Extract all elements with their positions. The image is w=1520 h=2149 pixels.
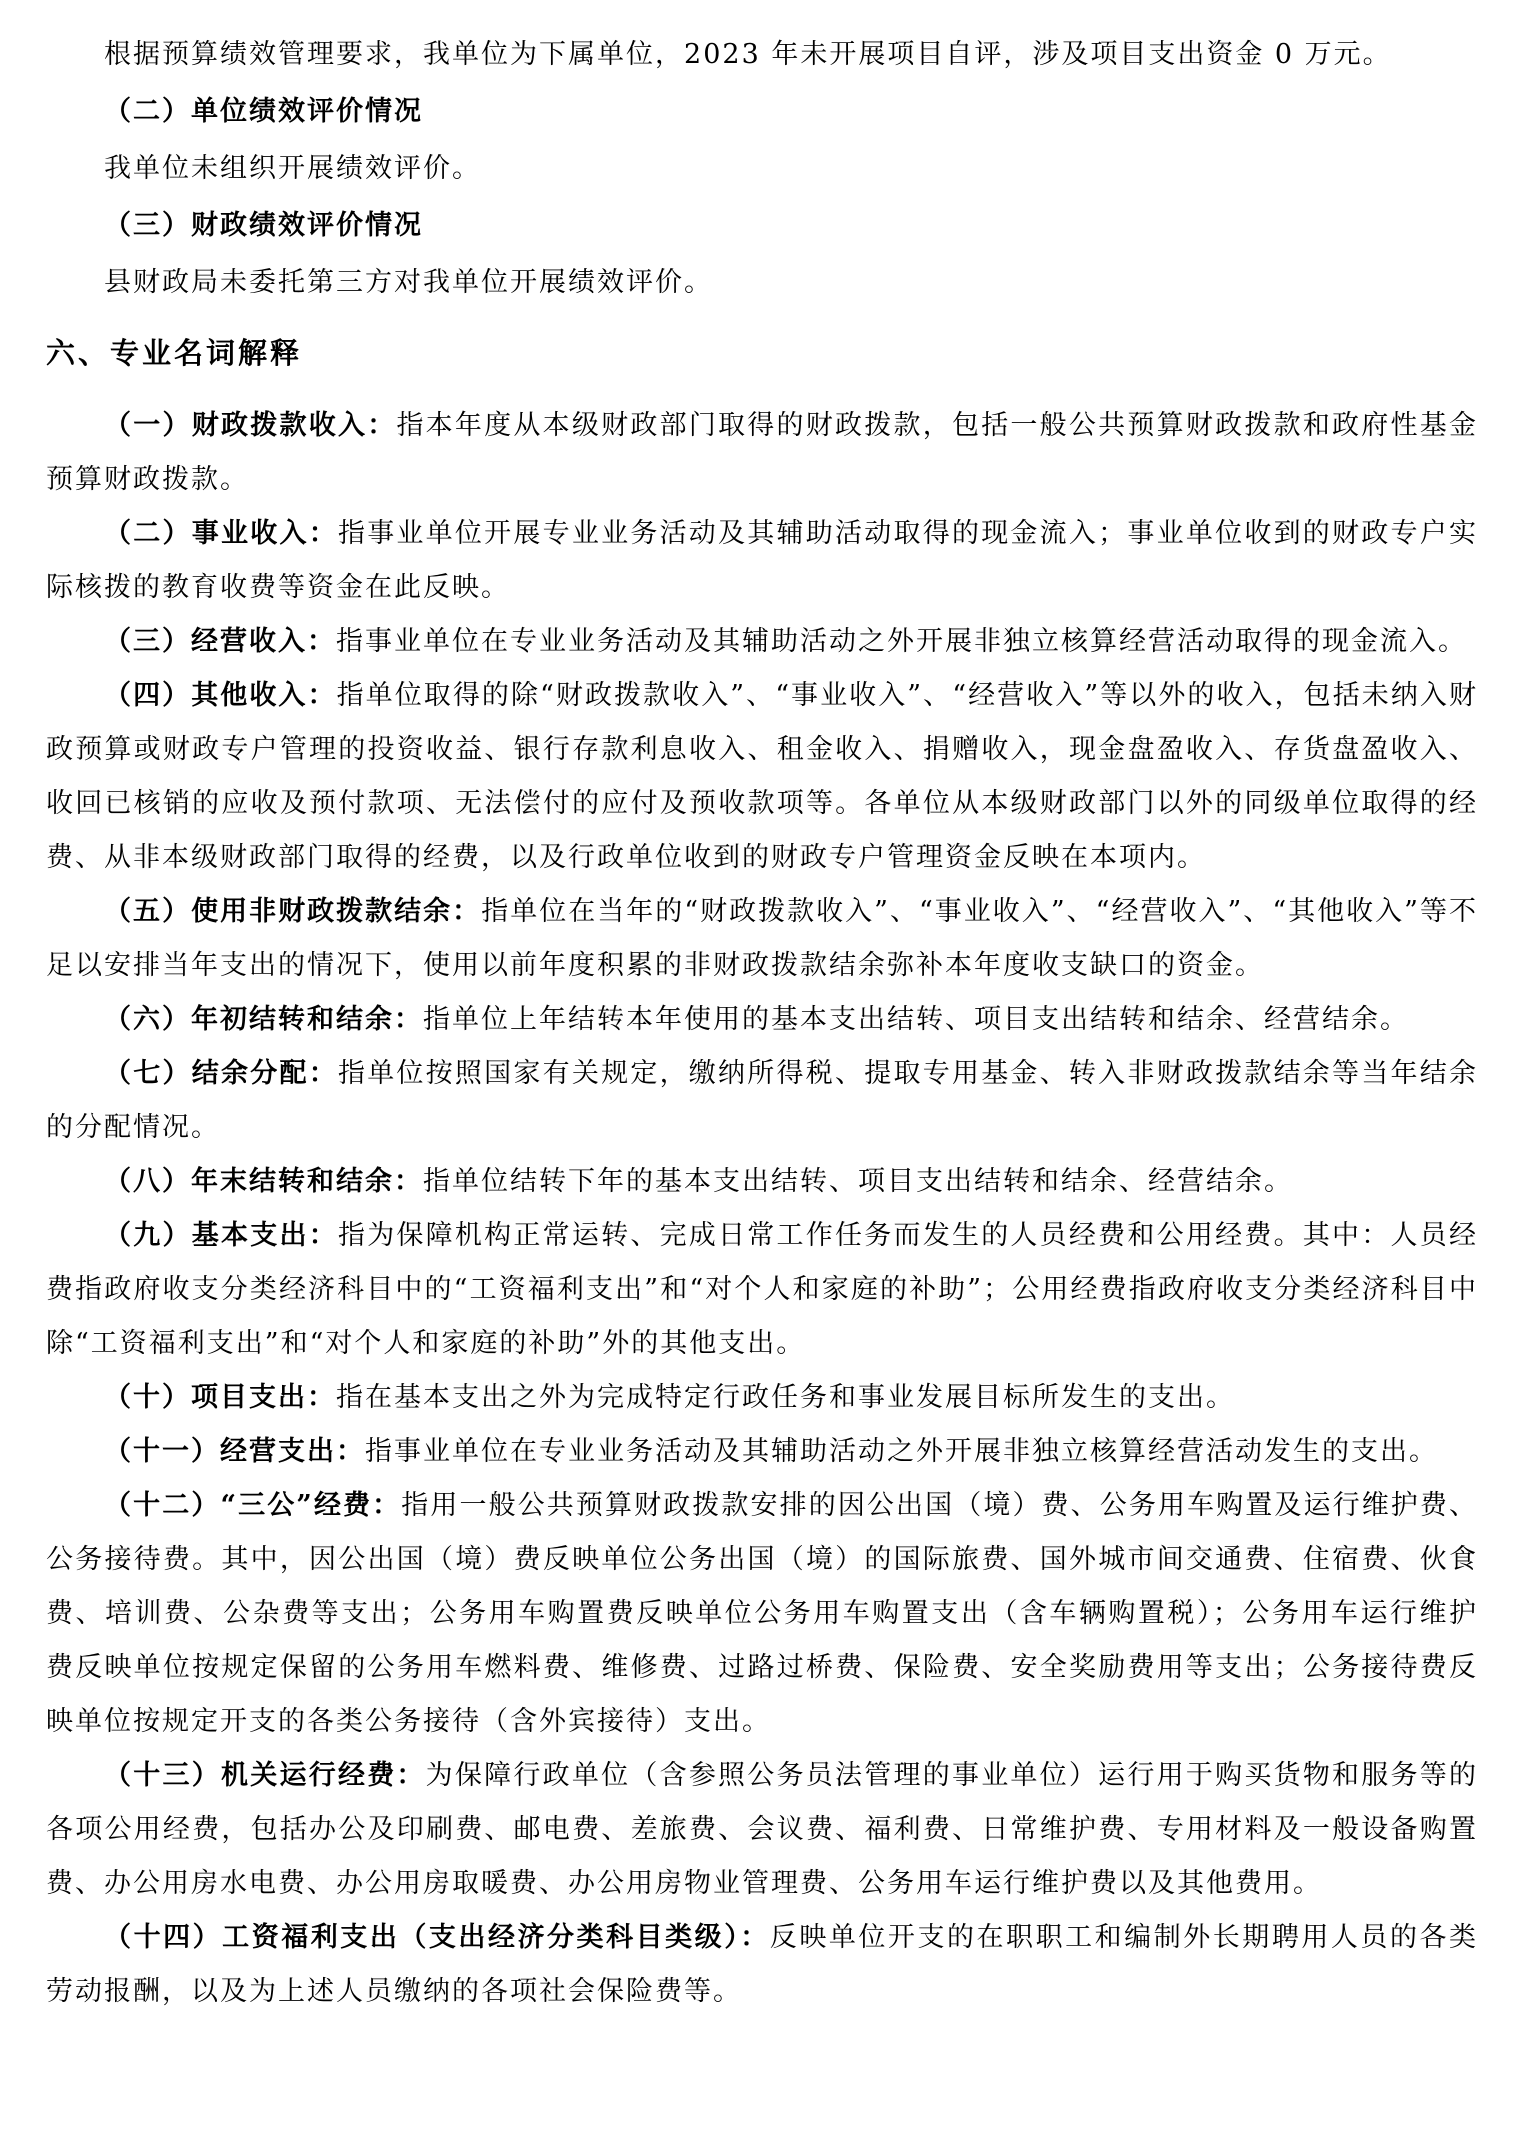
- definition-agency-operating-funds: （十三）机关运行经费：为保障行政单位（含参照公务员法管理的事业单位）运行用于购买…: [46, 1749, 1478, 1911]
- definition-text: 指用一般公共预算财政拨款安排的因公出国（境）费、公务用车购置及运行维护费、公务接…: [46, 1490, 1478, 1737]
- definition-text: 指在基本支出之外为完成特定行政任务和事业发展目标所发生的支出。: [336, 1382, 1235, 1413]
- definition-text: 指事业单位在专业业务活动及其辅助活动之外开展非独立核算经营活动取得的现金流入。: [336, 626, 1467, 657]
- definition-institutional-income: （二）事业收入：指事业单位开展专业业务活动及其辅助活动取得的现金流入；事业单位收…: [46, 507, 1478, 615]
- definition-term: （四）其他收入：: [104, 680, 337, 711]
- definition-text: 指单位结转下年的基本支出结转、项目支出结转和结余、经营结余。: [423, 1166, 1293, 1197]
- paragraph-project-self-eval: 根据预算绩效管理要求，我单位为下属单位，2023 年未开展项目自评，涉及项目支出…: [46, 26, 1478, 83]
- definition-term: （八）年末结转和结余：: [104, 1166, 423, 1197]
- definition-term: （一）财政拨款收入：: [104, 410, 396, 441]
- definition-fiscal-appropriation-income: （一）财政拨款收入：指本年度从本级财政部门取得的财政拨款，包括一般公共预算财政拨…: [46, 399, 1478, 507]
- heading-glossary-chapter: 六、专业名词解释: [46, 333, 1478, 373]
- definition-term: （十）项目支出：: [104, 1382, 336, 1413]
- definition-text: 指单位上年结转本年使用的基本支出结转、项目支出结转和结余、经营结余。: [423, 1004, 1409, 1035]
- definition-term: （七）结余分配：: [104, 1058, 338, 1089]
- definition-term: （十二）“三公”经费：: [104, 1490, 401, 1521]
- definition-term: （九）基本支出：: [104, 1220, 338, 1251]
- definition-beginning-year-carryover: （六）年初结转和结余：指单位上年结转本年使用的基本支出结转、项目支出结转和结余、…: [46, 993, 1478, 1047]
- definition-term: （三）经营收入：: [104, 626, 336, 657]
- definition-term: （十四）工资福利支出（支出经济分类科目类级）：: [104, 1922, 770, 1953]
- definition-business-expenditure: （十一）经营支出：指事业单位在专业业务活动及其辅助活动之外开展非独立核算经营活动…: [46, 1425, 1478, 1479]
- paragraph-unit-performance-eval: 我单位未组织开展绩效评价。: [46, 140, 1478, 197]
- definition-term: （六）年初结转和结余：: [104, 1004, 423, 1035]
- definition-three-public-funds: （十二）“三公”经费：指用一般公共预算财政拨款安排的因公出国（境）费、公务用车购…: [46, 1479, 1478, 1749]
- definition-wage-welfare-expenditure: （十四）工资福利支出（支出经济分类科目类级）：反映单位开支的在职职工和编制外长期…: [46, 1911, 1478, 2019]
- definition-surplus-distribution: （七）结余分配：指单位按照国家有关规定，缴纳所得税、提取专用基金、转入非财政拨款…: [46, 1047, 1478, 1155]
- paragraph-fiscal-performance-eval: 县财政局未委托第三方对我单位开展绩效评价。: [46, 254, 1478, 311]
- definition-year-end-carryover: （八）年末结转和结余：指单位结转下年的基本支出结转、项目支出结转和结余、经营结余…: [46, 1155, 1478, 1209]
- definition-text: 指事业单位在专业业务活动及其辅助活动之外开展非独立核算经营活动发生的支出。: [365, 1436, 1438, 1467]
- definition-use-of-non-fiscal-carryover: （五）使用非财政拨款结余：指单位在当年的“财政拨款收入”、“事业收入”、“经营收…: [46, 885, 1478, 993]
- document-page: 根据预算绩效管理要求，我单位为下属单位，2023 年未开展项目自评，涉及项目支出…: [0, 0, 1520, 2149]
- definition-term: （十三）机关运行经费：: [104, 1760, 426, 1791]
- definition-other-income: （四）其他收入：指单位取得的除“财政拨款收入”、“事业收入”、“经营收入”等以外…: [46, 669, 1478, 885]
- heading-fiscal-performance-eval: （三）财政绩效评价情况: [46, 197, 1478, 254]
- definition-basic-expenditure: （九）基本支出：指为保障机构正常运转、完成日常工作任务而发生的人员经费和公用经费…: [46, 1209, 1478, 1371]
- definition-project-expenditure: （十）项目支出：指在基本支出之外为完成特定行政任务和事业发展目标所发生的支出。: [46, 1371, 1478, 1425]
- definition-term: （五）使用非财政拨款结余：: [104, 896, 481, 927]
- definition-term: （十一）经营支出：: [104, 1436, 365, 1467]
- definition-term: （二）事业收入：: [104, 518, 338, 549]
- definition-business-income: （三）经营收入：指事业单位在专业业务活动及其辅助活动之外开展非独立核算经营活动取…: [46, 615, 1478, 669]
- heading-unit-performance-eval: （二）单位绩效评价情况: [46, 83, 1478, 140]
